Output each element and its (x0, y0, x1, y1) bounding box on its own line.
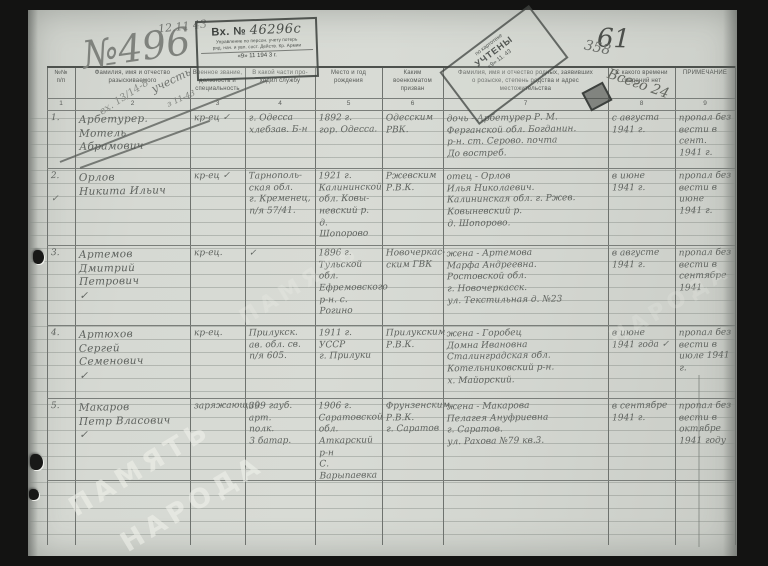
column-header: Место и год рождения (317, 69, 380, 85)
stamp-number-suffix: с (293, 21, 301, 36)
table-cell: ✓ (249, 247, 312, 260)
table-cell: кр-ец. (194, 248, 242, 261)
column-header: ПРИМЕЧАНИЕ (677, 69, 733, 77)
table-cell: отец - Орлов Илья Николаевич. Калининска… (447, 170, 606, 231)
table-cell: жена - Артемова Марфа Андреевна. Ростовс… (447, 247, 606, 308)
table-cell: Артемов Дмитрий Петрович ✓ (79, 247, 188, 303)
table-row-line (47, 110, 735, 111)
table-cell: Фрунзенским Р.В.К. г. Саратов (386, 401, 441, 437)
table-column-line (443, 66, 444, 545)
table-column-line (735, 66, 736, 545)
table-cell: в августе 1941 г. (612, 247, 672, 271)
table-cell: с августа 1941 г. (612, 112, 672, 136)
table-cell: Новочеркас- ским ГВК (386, 248, 440, 272)
table-cell: Прилукским Р.В.К. (386, 328, 440, 352)
stamp-date-line: «9» 11 194 3 г. (201, 50, 313, 62)
table-column-line (245, 66, 246, 545)
table-cell: 3. (51, 248, 72, 260)
table-row-line (47, 325, 735, 326)
column-number: 1 (47, 100, 75, 107)
stamp-number-prefix: Вх. № (211, 25, 246, 38)
table-row-line (47, 480, 735, 481)
table-cell: в июне 1941 года ✓ (612, 327, 672, 351)
table-cell: пропал без вести в октябре 1941 году (679, 401, 733, 449)
table-cell: пропал без вести в июле 1941 г. (679, 328, 733, 376)
table-cell: пропал без вести в июне 1941 г. (679, 171, 733, 219)
column-number: 5 (315, 100, 382, 107)
table-cell: Артюхов Сергей Семенович ✓ (79, 327, 188, 383)
table-cell: Прилукск. ав. обл. св. п/я 605. (249, 327, 313, 363)
punch-hole (29, 489, 39, 500)
table-cell: пропал без вести в сентябре 1941 (679, 248, 733, 296)
table-cell: Одесским РВК. (386, 113, 440, 137)
column-number: 6 (382, 100, 443, 107)
column-header: №№ п/п (49, 69, 73, 85)
table-cell: кр-ец ✓ (194, 171, 242, 184)
table-cell: 2. ✓ (51, 171, 73, 206)
table-column-line (675, 66, 676, 545)
column-number: 4 (245, 100, 315, 107)
punch-hole (30, 454, 43, 470)
table-cell: г. Одесса хлебзав. Б-н (249, 112, 312, 136)
table-cell: в сентябре 1941 г. (612, 400, 672, 424)
table-column-line (608, 66, 609, 545)
table-cell: 5. (51, 401, 72, 413)
table-cell: 4. (51, 328, 72, 340)
table-column-line (75, 66, 76, 545)
column-header: Каким военкоматом призван (384, 69, 441, 93)
table-cell: пропал без вести в сент. 1941 г. (679, 113, 733, 161)
table-cell: 1921 г. Калининской обл. Ковы- невский р… (318, 170, 379, 241)
table-cell: 1. (51, 113, 72, 125)
paper-left-edge (28, 10, 38, 556)
table-cell: 1906 г. Саратовской обл. Аткарский р-н С… (318, 400, 379, 483)
table-column-line (190, 66, 191, 545)
table-cell: 399 гауб. арт. полк. 3 батар. (249, 400, 313, 448)
table-row-line (47, 168, 735, 169)
table-cell: дочь - Арбетурер Р. М. Ферганской обл. Б… (447, 112, 606, 162)
table-column-line (47, 66, 48, 545)
table-cell: Ржевским Р.В.К. (386, 171, 440, 195)
table-column-line (315, 66, 316, 545)
table-cell: жена - Макарова Пелагея Ануфриевна г. Са… (447, 400, 606, 450)
table-row-line (47, 98, 735, 99)
table-cell: Орлов Никита Ильич (79, 170, 187, 199)
table-cell: Макаров Петр Власович ✓ (79, 400, 188, 443)
table-cell: 1896 г. Тульской обл. Ефремовского р-н. … (318, 247, 379, 318)
stamp-number-value: 46296 (249, 22, 293, 39)
column-number: 9 (675, 100, 735, 107)
table-column-line (382, 66, 383, 545)
table-cell: заряжающий (194, 401, 242, 414)
table-cell: Тарнополь- ская обл. г. Кременец, п/я 57… (249, 170, 313, 218)
table-cell: кр-ец. (194, 328, 242, 341)
table-cell: 1892 г. гор. Одесса. (319, 112, 379, 136)
table-row-line (47, 398, 735, 399)
table-cell: в июне 1941 г. (612, 170, 672, 194)
punch-hole (33, 250, 44, 264)
table-cell: 1911 г. УССР г. Прилуки (319, 327, 380, 363)
incoming-number-stamp: Вх. № 46296с Управление по персон. учету… (195, 17, 319, 81)
table-cell: жена - Горобец Домна Ивановна Сталинград… (447, 327, 606, 388)
table-row-line (47, 245, 735, 246)
